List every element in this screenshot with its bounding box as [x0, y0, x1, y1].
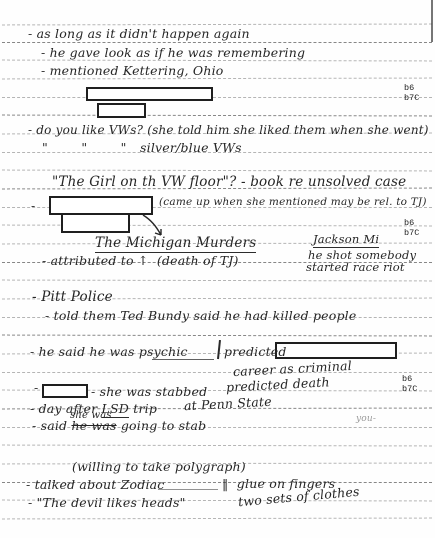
redaction-box: [275, 342, 397, 359]
note-line: - told them Ted Bundy said he had killed…: [45, 310, 356, 323]
note-line: - do you like VWs? (she told him she lik…: [28, 124, 429, 136]
note-segment: going to stab: [117, 418, 207, 433]
ruled-line: [2, 78, 432, 80]
note-line: The Michigan Murders: [95, 235, 256, 253]
ruled-line: [2, 445, 432, 447]
exemption-code-b7c: b7C: [402, 385, 417, 395]
note-line: - attributed to ↑ (death of TJ): [42, 255, 239, 268]
ruled-line: [2, 335, 432, 337]
note-line: - mentioned Kettering, Ohio: [41, 65, 224, 78]
note-line: silver/blue VWs: [140, 142, 242, 155]
exemption-code-b7c: b7C: [404, 94, 419, 104]
note-line: (came up when she mentioned may be rel. …: [159, 197, 427, 208]
ruled-line: [2, 23, 432, 25]
ditto-marks: " " ": [42, 142, 127, 155]
note-segment: trip: [129, 401, 157, 416]
note-line: "The Girl on th VW floor"? - book re uns…: [52, 176, 406, 190]
note-line: - said he wasshe was going to stab: [32, 420, 206, 433]
note-line: - Pitt Police: [32, 291, 113, 305]
scan-edge-artifact: [431, 0, 433, 42]
note-line: - as long as it didn't happen again: [28, 28, 250, 41]
redaction-box: [86, 87, 213, 101]
margin-annotation: started race riot: [306, 262, 405, 274]
ruled-line: [2, 170, 432, 172]
ruled-line: [2, 97, 432, 98]
exemption-code: b6 b7C: [404, 219, 419, 239]
note-line: - talked about Zodiac: [26, 479, 165, 492]
divider-stroke: [217, 340, 220, 359]
note-line: predicted: [224, 346, 287, 359]
note-line: - he said he was psychic: [30, 346, 188, 359]
dash-mark: -: [31, 200, 35, 213]
note-line: - he gave look as if he was remembering: [41, 47, 305, 60]
ruled-line: [2, 42, 432, 43]
redaction-box: [42, 384, 88, 398]
note-line: predicted death: [226, 376, 330, 394]
note-line: (willing to take polygraph): [72, 461, 246, 474]
faint-margin-mark: you-: [356, 415, 376, 424]
ruled-line: [2, 518, 432, 520]
note-line: at Penn State: [184, 396, 272, 413]
exemption-code: b6 b7C: [402, 375, 417, 395]
ruled-line: [2, 280, 432, 282]
exemption-code: b6 b7C: [404, 84, 419, 104]
inserted-text: she was: [70, 411, 112, 421]
note-line: - "The devil likes heads": [28, 497, 186, 510]
exemption-code-b7c: b7C: [404, 229, 419, 239]
note-line: - she was stabbed: [91, 386, 207, 399]
dash-mark: -: [34, 382, 38, 395]
ruled-line: [2, 372, 432, 373]
ruled-line: [2, 115, 432, 117]
redaction-box: [61, 213, 130, 233]
scanned-note-page: - as long as it didn't happen again - he…: [0, 0, 435, 538]
margin-annotation: Jackson Mi: [313, 232, 379, 248]
note-segment: - said: [32, 418, 71, 433]
redaction-box: [97, 103, 146, 118]
